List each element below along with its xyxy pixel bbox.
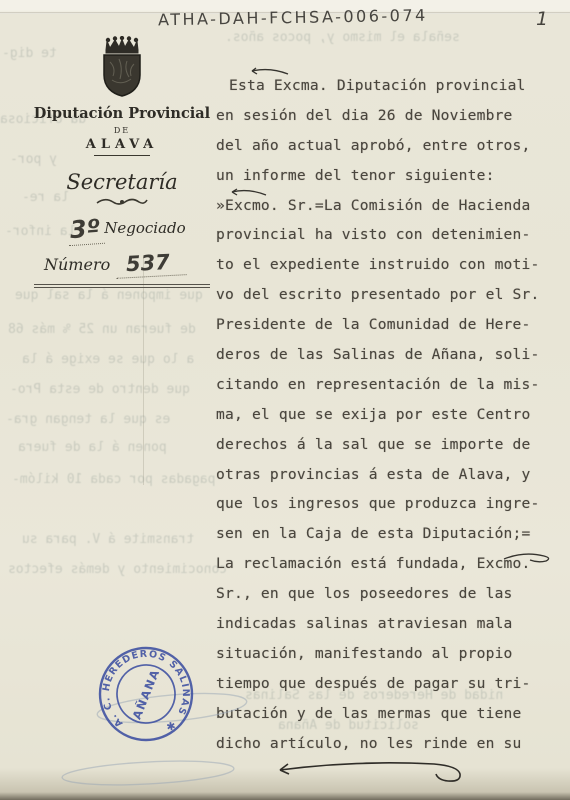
bleedthrough-text: transmite á V. para su bbox=[22, 532, 194, 547]
text-line: provincial ha visto con detenimien- bbox=[216, 220, 568, 250]
negociado-label: Negociado bbox=[104, 219, 185, 237]
department-name: Secretaría bbox=[26, 170, 218, 194]
letter-body: Esta Excma. Diputación provincial en ses… bbox=[216, 71, 568, 758]
org-name-line1: Diputación Provincial bbox=[26, 105, 218, 122]
text-line: ma, el que se exija por este Centro bbox=[216, 400, 568, 430]
text-line: »Excmo. Sr.=La Comisión de Hacienda bbox=[216, 191, 568, 221]
text-line: citando en representación de la mis- bbox=[216, 370, 568, 400]
text-line: to el expediente instruido con moti- bbox=[216, 250, 568, 280]
org-name-line3: ALAVA bbox=[26, 137, 218, 152]
herederos-salinas-stamp: A. C. HEREDEROS SALINAS ✱ AÑANA bbox=[86, 634, 206, 754]
stamp-center-text: AÑANA bbox=[129, 666, 163, 721]
coat-of-arms-icon bbox=[97, 36, 147, 98]
letterhead-double-rule bbox=[34, 284, 210, 288]
text-line: indicadas salinas atraviesan mala bbox=[216, 609, 568, 639]
text-line: deros de las Salinas de Añana, soli- bbox=[216, 340, 568, 370]
stamp-star-icon: ✱ bbox=[165, 719, 176, 733]
negociado-row: 3ºNegociado bbox=[26, 215, 218, 245]
text-line: otras provincias á esta de Alava, y bbox=[216, 460, 568, 490]
text-line: Sr., en que los poseedores de las bbox=[216, 579, 568, 609]
text-line: del año actual aprobó, entre otros, bbox=[216, 131, 568, 161]
bleedthrough-text: señala el mismo y, pocos años. bbox=[225, 30, 460, 45]
letterhead: Diputación Provincial DE ALAVA Secretarí… bbox=[26, 36, 218, 288]
text-line: Presidente de la Comunidad de Here- bbox=[216, 310, 568, 340]
text-line: butación y de las mermas que tiene bbox=[216, 699, 568, 729]
bleedthrough-text: a lo que se exige á la bbox=[22, 352, 194, 367]
text-line: que los ingresos que produzca ingre- bbox=[216, 489, 568, 519]
flourish-ornament-icon bbox=[95, 197, 149, 207]
pencil-scribble-icon bbox=[56, 752, 240, 794]
paper-crease-vertical bbox=[143, 255, 144, 485]
numero-value-handwritten: 537 bbox=[116, 249, 187, 279]
numero-row: Número537 bbox=[26, 251, 218, 277]
text-line: un informe del tenor siguiente: bbox=[216, 161, 568, 191]
document-page: señala el mismo y, pocos años. te dig- d… bbox=[0, 0, 570, 800]
text-line: situación, manifestando al propio bbox=[216, 639, 568, 669]
text-line: dicho artículo, no les rinde en su bbox=[216, 729, 568, 759]
negociado-number-handwritten: 3º bbox=[67, 214, 105, 246]
bleedthrough-text: es que la tengan gra- bbox=[6, 412, 170, 427]
numero-label: Número bbox=[44, 255, 110, 274]
page-number: 1 bbox=[536, 8, 548, 30]
bleedthrough-text: conocimiento y demás efectos bbox=[8, 562, 227, 577]
text-line: sen en la Caja de esta Diputación;= bbox=[216, 519, 568, 549]
text-line: La reclamación está fundada, Excmo. bbox=[216, 549, 568, 579]
archive-reference-code: ATHA-DAH-FCHSA-006-074 bbox=[158, 6, 428, 30]
text-line: en sesión del dia 26 de Noviembre bbox=[216, 101, 568, 131]
text-line: tiempo que después de pagar su tri- bbox=[216, 669, 568, 699]
bleedthrough-text: que dentro de esta Pro- bbox=[10, 382, 190, 397]
text-line: Esta Excma. Diputación provincial bbox=[216, 71, 568, 101]
bleedthrough-text: ponen á la de fuera bbox=[18, 440, 167, 455]
text-line: derechos á la sal que se importe de bbox=[216, 430, 568, 460]
bleedthrough-text: pagadas por cada 10 kilóm- bbox=[12, 472, 216, 487]
text-line: vo del escrito presentado por el Sr. bbox=[216, 280, 568, 310]
bleedthrough-text: de fueran un 25 % más 68 bbox=[8, 322, 196, 337]
letterhead-small-rule bbox=[94, 155, 150, 156]
closing-flourish-icon bbox=[266, 754, 472, 790]
org-name-line2: DE bbox=[26, 126, 218, 135]
bleedthrough-text: que imponen á la sal que bbox=[15, 288, 203, 303]
